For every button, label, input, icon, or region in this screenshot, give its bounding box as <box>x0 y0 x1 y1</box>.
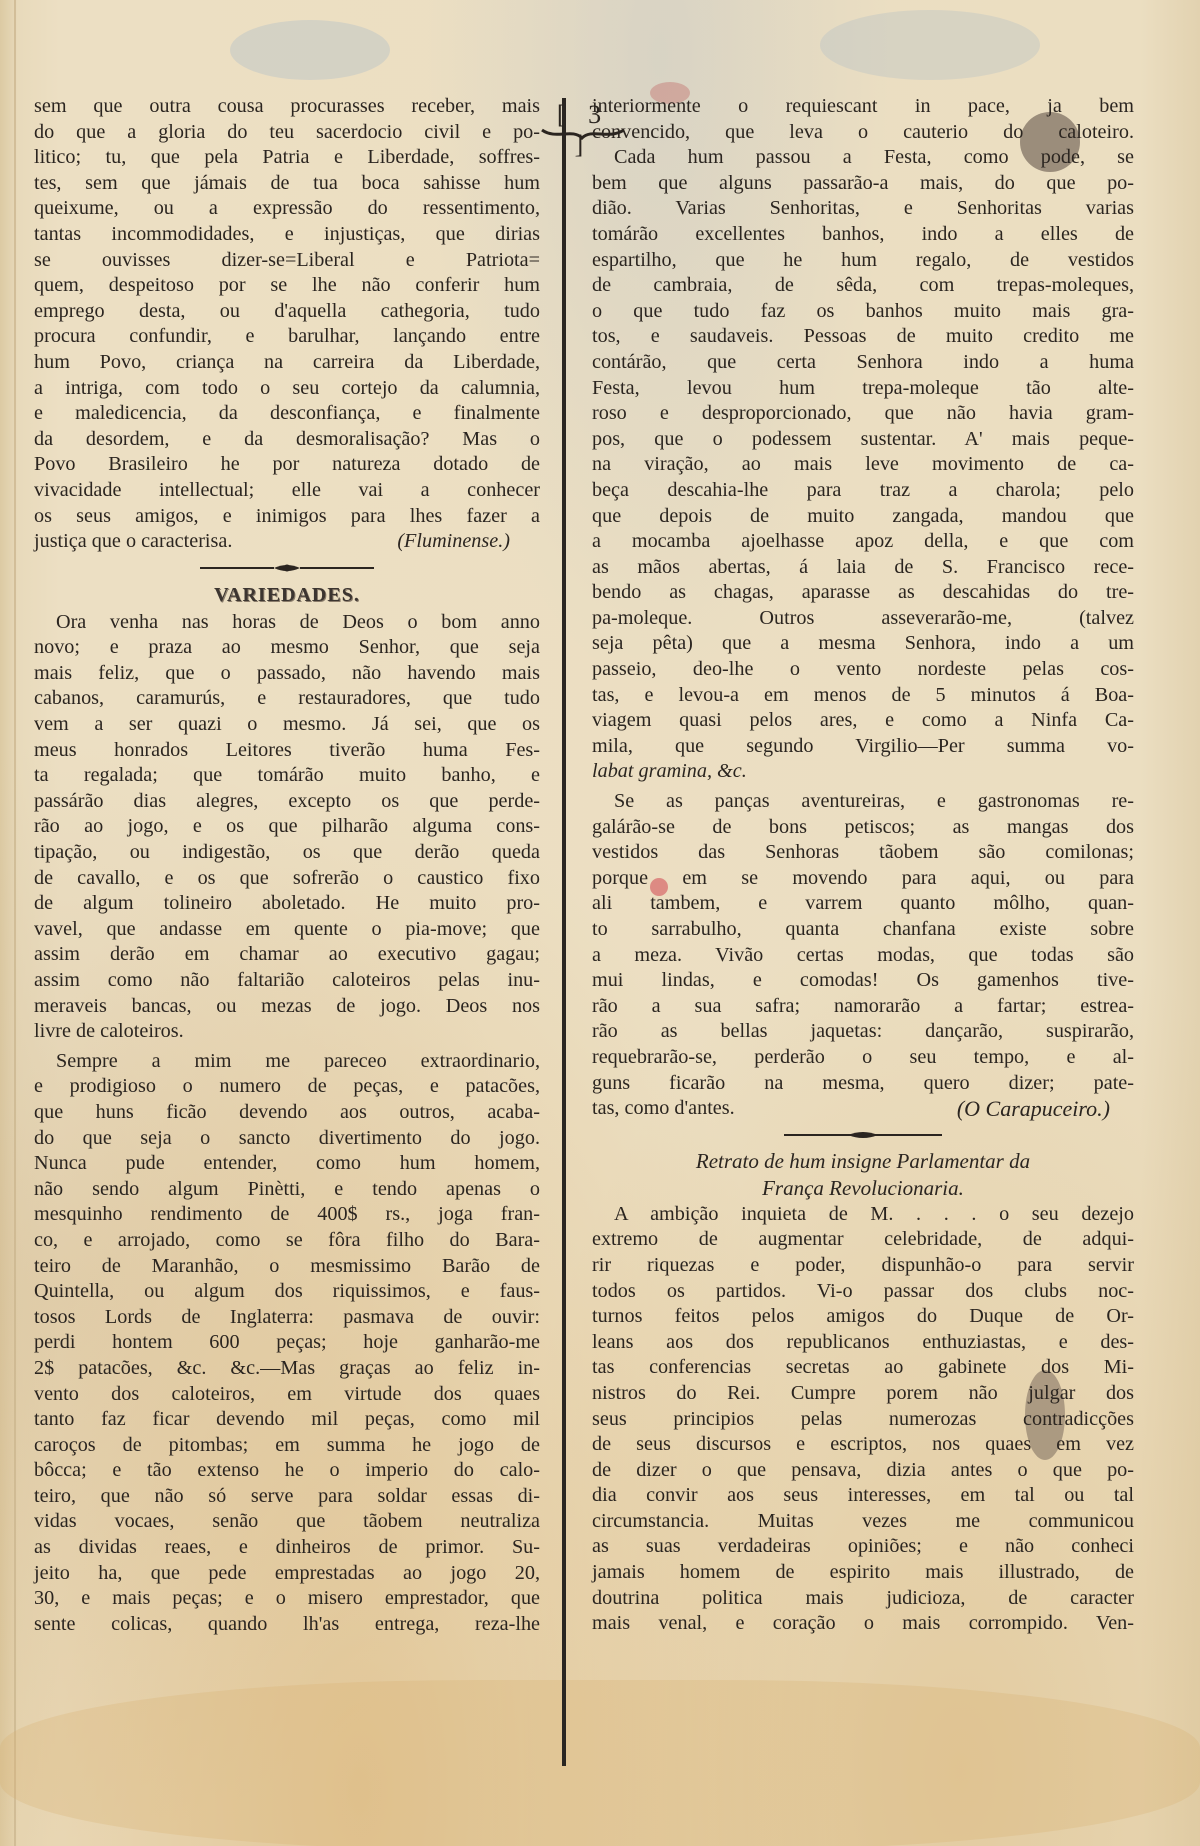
text-line: livre de caloteiros. <box>34 1019 540 1045</box>
section-divider <box>34 555 540 581</box>
text-line: leans aos dos republicanos enthuziastas,… <box>592 1330 1134 1356</box>
text-line: os seus amigos, e inimigos para lhes faz… <box>34 504 540 530</box>
text-line: mais feliz, que o passado, não havendo m… <box>34 661 540 687</box>
text-line: ta regalada; que tomárão muito banho, e <box>34 763 540 789</box>
text-line: dia convir aos seus interesses, em tal o… <box>592 1483 1134 1509</box>
continuation-text: interiormente o requiescant in pace, ja … <box>592 94 1134 145</box>
text-line: justiça que o caracterisa. <box>34 529 232 555</box>
text-line: teiro de Maranhão, o mesmissimo Barão de <box>34 1254 540 1280</box>
text-line: tas, como d'antes. <box>592 1096 735 1122</box>
text-line: doutrina politica mais judicioza, de car… <box>592 1586 1134 1612</box>
text-line: to sarrabulho, quanta chanfana existe so… <box>592 917 1134 943</box>
text-line: sem que outra cousa procurasses receber,… <box>34 94 540 120</box>
text-line: porque em se movendo para aqui, ou para <box>592 866 1134 892</box>
text-line: 2$ patacões, &c. &c.—Mas graças ao feliz… <box>34 1356 540 1382</box>
text-line: tipação, ou indigestão, os que derão que… <box>34 840 540 866</box>
text-line: mesquinho rendimento de 400$ rs., joga f… <box>34 1202 540 1228</box>
text-line: de dizer o que pensava, dizia antes o qu… <box>592 1458 1134 1484</box>
text-line: tosos Lords de Inglaterra: pasmava de ou… <box>34 1305 540 1331</box>
column-divider <box>562 98 566 1766</box>
left-column: sem que outra cousa procurasses receber,… <box>34 94 540 1637</box>
text-line: Sempre a mim me pareceo extraordinario, <box>34 1049 540 1075</box>
text-line: tas, e levou-a em menos de 5 minutos á B… <box>592 683 1134 709</box>
text-line: beça descahia-lhe para traz a charola; p… <box>592 478 1134 504</box>
text-line: meus honrados Leitores tiverão huma Fes- <box>34 738 540 764</box>
section-heading-variedades: VARIEDADES. <box>34 581 540 610</box>
text-line: hum Povo, criança na carreira da Liberda… <box>34 350 540 376</box>
text-line: guns ficarão na mesma, quero dizer; pate… <box>592 1071 1134 1097</box>
text-line: roso e desproporcionado, que não havia g… <box>592 401 1134 427</box>
text-line: convencido, que leva o cauterio do calot… <box>592 120 1134 146</box>
signature-line: tas, como d'antes. (O Carapuceiro.) <box>592 1096 1134 1122</box>
pancas-paragraph: Se as panças aventureiras, e gastronomas… <box>592 789 1134 1122</box>
text-line: Nunca pude entender, como hum homem, <box>34 1151 540 1177</box>
rule-ornament-icon <box>592 1128 1134 1142</box>
text-line: meraveis bancas, ou mezas de jogo. Deos … <box>34 994 540 1020</box>
text-line: tomárão excellentes banhos, indo a elles… <box>592 222 1134 248</box>
source-attribution: (Fluminense.) <box>397 529 540 555</box>
text-line: perdi hontem 600 peças; hoje ganharão-me <box>34 1330 540 1356</box>
text-line: interiormente o requiescant in pace, ja … <box>592 94 1134 120</box>
text-line: Quintella, ou algum dos riquissimos, e f… <box>34 1279 540 1305</box>
text-line: dião. Varias Senhoritas, e Senhoritas va… <box>592 196 1134 222</box>
text-line: bem que alguns passarão-a mais, do que p… <box>592 171 1134 197</box>
text-line: vento dos caloteiros, em virtude dos qua… <box>34 1382 540 1408</box>
text-line: de cambraia, de sêda, com trepas-moleque… <box>592 273 1134 299</box>
text-line: nistros do Rei. Cumpre porem não julgar … <box>592 1381 1134 1407</box>
text-line: tes, sem que jámais de tua boca sahisse … <box>34 171 540 197</box>
fluminense-excerpt: sem que outra cousa procurasses receber,… <box>34 94 540 555</box>
text-line: o que tudo faz os banhos muito mais gra- <box>592 299 1134 325</box>
text-line: a intriga, com todo o seu cortejo da cal… <box>34 376 540 402</box>
text-line: Ora venha nas horas de Deos o bom anno <box>34 610 540 636</box>
text-line: viagem quasi pelos ares, e como a Ninfa … <box>592 708 1134 734</box>
text-line: de cavallo, e os que sofrerão o caustico… <box>34 866 540 892</box>
text-line: seja pêta) que a mesma Senhora, indo a u… <box>592 631 1134 657</box>
text-line: Cada hum passou a Festa, como pode, se <box>592 145 1134 171</box>
text-line: se ouvisses dizer-se=Liberal e Patriota= <box>34 248 540 274</box>
text-line: quem, despeitoso por se lhe não conferir… <box>34 273 540 299</box>
text-line: e prodigioso o numero de peças, e patacõ… <box>34 1074 540 1100</box>
variedades-paragraph-2: Sempre a mim me pareceo extraordinario, … <box>34 1049 540 1638</box>
text-line: queixume, ou a expressão do ressentiment… <box>34 196 540 222</box>
text-line: rão a sua safra; namorarão a fartar; est… <box>592 994 1134 1020</box>
text-line: espartilho, que he hum regalo, de vestid… <box>592 248 1134 274</box>
text-line: sente colicas, quando lh'as entrega, rez… <box>34 1612 540 1638</box>
text-line: tas conferencias secretas ao gabinete do… <box>592 1355 1134 1381</box>
article-subtitle: França Revolucionaria. <box>592 1175 1134 1202</box>
text-line: passeio, deo-lhe o vento nordeste pelas … <box>592 657 1134 683</box>
right-column: interiormente o requiescant in pace, ja … <box>592 94 1134 1637</box>
text-line: a meza. Vivão certas modas, que todas sã… <box>592 943 1134 969</box>
text-line: e maledicencia, da desconfiança, e final… <box>34 401 540 427</box>
page-edge <box>14 0 16 1846</box>
text-line: mais venal, e coração o mais corrompido.… <box>592 1611 1134 1637</box>
text-line: jeito ha, que pede emprestadas ao jogo 2… <box>34 1561 540 1587</box>
text-line: galárão-se de bons petiscos; as mangas d… <box>592 815 1134 841</box>
text-line: vem a ser quazi o mesmo. Já sei, que os <box>34 712 540 738</box>
text-line: não sendo algum Pinètti, e tendo apenas … <box>34 1177 540 1203</box>
text-line: rão ao jogo, e os que pilharão alguma co… <box>34 814 540 840</box>
festa-paragraph: Cada hum passou a Festa, como pode, se b… <box>592 145 1134 785</box>
text-line: bendo as chagas, aparasse as descahidas … <box>592 580 1134 606</box>
text-line: caroços de pitombas; em summa he jogo de <box>34 1433 540 1459</box>
text-line: extremo de augmentar celebridade, de adq… <box>592 1227 1134 1253</box>
text-line: rão as bellas jaquetas: dançarão, suspir… <box>592 1019 1134 1045</box>
article-title: Retrato de hum insigne Parlamentar da <box>592 1148 1134 1175</box>
text-line: tantas incommodidades, e injustiças, que… <box>34 222 540 248</box>
text-line: rir riquezas e poder, dispunhão-o para s… <box>592 1253 1134 1279</box>
text-line: procura confundir, e barulhar, lançando … <box>34 324 540 350</box>
text-line: seus principios pelas numerozas contradi… <box>592 1407 1134 1433</box>
text-line: vestidos das Senhoras tãobem são comilon… <box>592 840 1134 866</box>
text-line: a mocamba ajoelhasse apoz della, e que c… <box>592 529 1134 555</box>
text-line: passárão dias alegres, excepto os que pe… <box>34 789 540 815</box>
text-line: 30, e mais peças; e o misero emprestador… <box>34 1586 540 1612</box>
text-line: circumstancia. Muitas vezes me communico… <box>592 1509 1134 1535</box>
text-line: novo; e praza ao mesmo Senhor, que seja <box>34 635 540 661</box>
text-line: turnos feitos pelos amigos do Duque de O… <box>592 1304 1134 1330</box>
text-line: Se as panças aventureiras, e gastronomas… <box>592 789 1134 815</box>
text-line: da desordem, e da desmoralisação? Mas o <box>34 427 540 453</box>
text-line: as dividas reaes, e dinheiros de primor.… <box>34 1535 540 1561</box>
text-line: co, e arrojado, como se fôra filho do Ba… <box>34 1228 540 1254</box>
text-line: tanto faz ficar devendo mil peças, como … <box>34 1407 540 1433</box>
text-line: Povo Brasileiro he por natureza dotado d… <box>34 452 540 478</box>
source-attribution: (O Carapuceiro.) <box>957 1096 1134 1122</box>
text-line: litico; tu, que pela Patria e Liberdade,… <box>34 145 540 171</box>
page-header: [ 3 ] <box>0 48 1200 98</box>
text-line: cabanos, caramurús, e restauradores, que… <box>34 686 540 712</box>
signature-line: justiça que o caracterisa. (Fluminense.) <box>34 529 540 555</box>
retrato-paragraph: A ambição inquieta de M. . . . o seu dez… <box>592 1202 1134 1637</box>
foxing-stain <box>0 1680 1200 1846</box>
text-line: emprego desta, ou d'aquella cathegoria, … <box>34 299 540 325</box>
text-line: mila, que segundo Virgilio—Per summa vo- <box>592 734 1134 760</box>
text-line: bôcca; e tão extenso he o imperio do cal… <box>34 1458 540 1484</box>
text-line: tos, e saudaveis. Pessoas de muito credi… <box>592 324 1134 350</box>
text-line: as suas verdadeiras opiniões; e não conh… <box>592 1534 1134 1560</box>
text-line: Festa, levou hum trepa-moleque tão alte- <box>592 376 1134 402</box>
rule-ornament-icon <box>34 561 540 575</box>
text-line: de seus discursos e escriptos, nos quaes… <box>592 1432 1134 1458</box>
text-line: vivacidade intellectual; elle vai a conh… <box>34 478 540 504</box>
text-line: do que seja o sancto divertimento do jog… <box>34 1126 540 1152</box>
text-line: pos, que o podessem sustentar. A' mais p… <box>592 427 1134 453</box>
text-line: assim derão em chamar ao executivo gagau… <box>34 942 540 968</box>
text-line: que huns ficão devendo aos outros, acaba… <box>34 1100 540 1126</box>
text-line: as mãos abertas, á laia de S. Francisco … <box>592 555 1134 581</box>
text-line: A ambição inquieta de M. . . . o seu dez… <box>592 1202 1134 1228</box>
text-line: na viração, ao mais leve movimento de ca… <box>592 452 1134 478</box>
text-line: que depois de muito zangada, mandou que <box>592 504 1134 530</box>
variedades-paragraph-1: Ora venha nas horas de Deos o bom anno n… <box>34 610 540 1045</box>
text-line: vidas vocaes, senão que tãobem neutraliz… <box>34 1509 540 1535</box>
text-line: labat gramina, &c. <box>592 759 1134 785</box>
text-line: pa-moleque. Outros asseverarão-me, (talv… <box>592 606 1134 632</box>
text-line: vavel, que andasse em quente o pia-move;… <box>34 917 540 943</box>
text-line: mui lindas, e comodas! Os gamenhos tive- <box>592 968 1134 994</box>
text-line: de algum tolineiro aboletado. He muito p… <box>34 891 540 917</box>
text-line: assim como não faltarião caloteiros pela… <box>34 968 540 994</box>
text-line: jamais homem de espirito mais illustrado… <box>592 1560 1134 1586</box>
text-line: requebrarão-se, perderão o seu tempo, e … <box>592 1045 1134 1071</box>
text-line: todos os partidos. Vi-o passar dos clubs… <box>592 1279 1134 1305</box>
section-divider <box>592 1122 1134 1148</box>
text-line: contárão, que certa Senhora indo a huma <box>592 350 1134 376</box>
text-line: do que a gloria do teu sacerdocio civil … <box>34 120 540 146</box>
text-line: ali tambem, e varrem quanto môlho, quan- <box>592 891 1134 917</box>
text-line: teiro, que não só serve para soldar essa… <box>34 1484 540 1510</box>
